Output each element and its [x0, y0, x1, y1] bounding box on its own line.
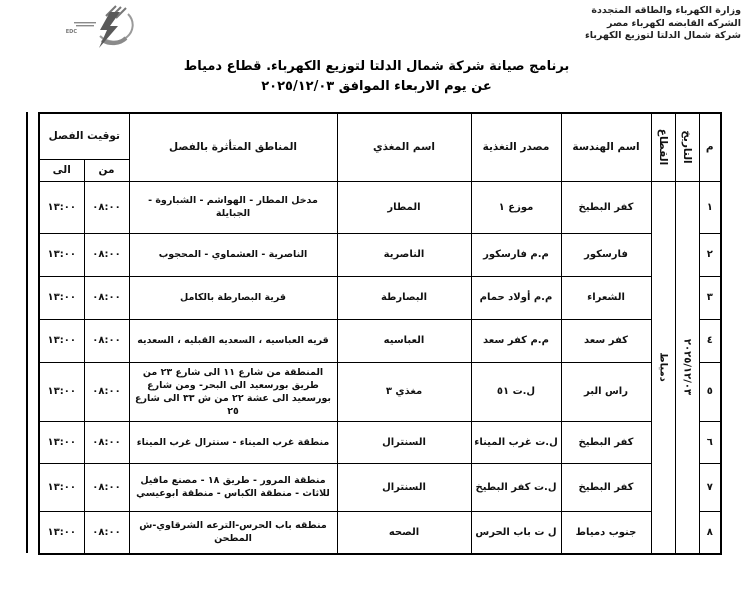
areas-cell: منطقة المرور - طريق ١٨ - مصنع مافيل للاث… [129, 463, 337, 511]
areas-cell: المنطقة من شارع ١١ الى شارع ٢٣ من طريق ب… [129, 362, 337, 421]
feeder-cell: السنترال [337, 463, 471, 511]
to-time-cell: ١٣:٠٠ [39, 421, 84, 463]
from-time-cell: ٠٨:٠٠ [84, 421, 129, 463]
row-number: ٨ [699, 511, 721, 554]
from-time-cell: ٠٨:٠٠ [84, 463, 129, 511]
table-row: ١٢٠٢٥/١٢/٠٣دمياطكفر البطيخموزع ١المطارمد… [39, 181, 721, 233]
row-number: ٣ [699, 276, 721, 319]
areas-cell: قريه العباسيه ، السعديه القبليه ، السعدي… [129, 319, 337, 362]
table-row: ٥راس البرل.ت ٥١مغذي ٣المنطقة من شارع ١١ … [39, 362, 721, 421]
feeder-cell: البصارطة [337, 276, 471, 319]
feeder-cell: الصحه [337, 511, 471, 554]
logo-text: NDEDC [66, 29, 77, 35]
source-cell: موزع ١ [471, 181, 561, 233]
header-from: من [84, 159, 129, 181]
header-date: التاريخ [675, 113, 699, 181]
to-time-cell: ١٣:٠٠ [39, 463, 84, 511]
logo-graphic: NDEDC [66, 4, 152, 54]
row-number: ٧ [699, 463, 721, 511]
title-block: برنامج صيانة شركة شمال الدلتا لتوزيع الك… [0, 57, 753, 97]
table-row: ٧كفر البطيخل.ت كفر البطيخالسنترالمنطقة ا… [39, 463, 721, 511]
from-time-cell: ٠٨:٠٠ [84, 511, 129, 554]
areas-cell: منطقه باب الحرس-الترعه الشرقاوي-ش المطحن [129, 511, 337, 554]
to-time-cell: ١٣:٠٠ [39, 181, 84, 233]
from-time-cell: ٠٨:٠٠ [84, 181, 129, 233]
header-row-top: م التاريخ القطاع اسم الهندسة مصدر التغذي… [39, 113, 721, 159]
header-timing: توقيت الفصل [39, 113, 129, 159]
header-source: مصدر التغذية [471, 113, 561, 181]
to-time-cell: ١٣:٠٠ [39, 511, 84, 554]
source-cell: م.م أولاد حمام [471, 276, 561, 319]
source-cell: م.م فارسكور [471, 233, 561, 276]
header-num: م [699, 113, 721, 181]
table-right-double-border [26, 112, 28, 553]
engineering-cell: كفر البطيخ [561, 181, 651, 233]
from-time-cell: ٠٨:٠٠ [84, 362, 129, 421]
table-body: ١٢٠٢٥/١٢/٠٣دمياطكفر البطيخموزع ١المطارمد… [39, 181, 721, 554]
org-line-company: شركة شمال الدلتا لتوزيع الكهرباء [585, 30, 741, 43]
maintenance-table: م التاريخ القطاع اسم الهندسة مصدر التغذي… [38, 112, 722, 555]
table-row: ٦كفر البطيخل.ت غرب الميناءالسنترالمنطقة … [39, 421, 721, 463]
to-time-cell: ١٣:٠٠ [39, 276, 84, 319]
header-feeder: اسم المغذي [337, 113, 471, 181]
row-number: ٢ [699, 233, 721, 276]
document-title-line1: برنامج صيانة شركة شمال الدلتا لتوزيع الك… [0, 57, 753, 77]
to-time-cell: ١٣:٠٠ [39, 233, 84, 276]
source-cell: ل.ت كفر البطيخ [471, 463, 561, 511]
company-logo: NDEDC [66, 4, 152, 54]
engineering-cell: كفر البطيخ [561, 421, 651, 463]
engineering-cell: كفر البطيخ [561, 463, 651, 511]
table-row: ٨جنوب دمياطل ت باب الحرسالصحهمنطقه باب ا… [39, 511, 721, 554]
sector-cell: دمياط [651, 181, 675, 554]
from-time-cell: ٠٨:٠٠ [84, 319, 129, 362]
row-number: ١ [699, 181, 721, 233]
table-row: ٣الشعراءم.م أولاد حمامالبصارطةقرية البصا… [39, 276, 721, 319]
engineering-cell: كفر سعد [561, 319, 651, 362]
header-sector: القطاع [651, 113, 675, 181]
to-time-cell: ١٣:٠٠ [39, 319, 84, 362]
table-row: ٤كفر سعدم.م كفر سعدالعباسيهقريه العباسيه… [39, 319, 721, 362]
feeder-cell: مغذي ٣ [337, 362, 471, 421]
engineering-cell: الشعراء [561, 276, 651, 319]
source-cell: ل.ت غرب الميناء [471, 421, 561, 463]
engineering-cell: جنوب دمياط [561, 511, 651, 554]
row-number: ٦ [699, 421, 721, 463]
feeder-cell: الناصرية [337, 233, 471, 276]
source-cell: ل.ت ٥١ [471, 362, 561, 421]
header-to: الى [39, 159, 84, 181]
source-cell: ل ت باب الحرس [471, 511, 561, 554]
engineering-cell: فارسكور [561, 233, 651, 276]
row-number: ٤ [699, 319, 721, 362]
engineering-cell: راس البر [561, 362, 651, 421]
feeder-cell: السنترال [337, 421, 471, 463]
to-time-cell: ١٣:٠٠ [39, 362, 84, 421]
header-engineering: اسم الهندسة [561, 113, 651, 181]
from-time-cell: ٠٨:٠٠ [84, 276, 129, 319]
feeder-cell: المطار [337, 181, 471, 233]
document-title-line2: عن يوم الاربعاء الموافق ٢٠٢٥/١٢/٠٣ [0, 77, 753, 97]
org-line-holding: الشركه القابضه لكهرباء مصر [585, 18, 741, 31]
feeder-cell: العباسيه [337, 319, 471, 362]
date-cell: ٢٠٢٥/١٢/٠٣ [675, 181, 699, 554]
header-areas: المناطق المتأثرة بالفصل [129, 113, 337, 181]
areas-cell: قرية البصارطة بالكامل [129, 276, 337, 319]
source-cell: م.م كفر سعد [471, 319, 561, 362]
row-number: ٥ [699, 362, 721, 421]
page: { "org": { "lines": [ "وزارة الكهرباء وا… [0, 0, 753, 594]
areas-cell: مدخل المطار - الهواشم - الشباروة - الجبا… [129, 181, 337, 233]
org-header: وزارة الكهرباء والطاقه المتجددة الشركه ا… [585, 5, 741, 43]
from-time-cell: ٠٨:٠٠ [84, 233, 129, 276]
table-wrapper: م التاريخ القطاع اسم الهندسة مصدر التغذي… [38, 112, 722, 555]
org-line-ministry: وزارة الكهرباء والطاقه المتجددة [585, 5, 741, 18]
areas-cell: منطقة غرب الميناء - سنترال غرب الميناء [129, 421, 337, 463]
areas-cell: الناصرية - العشماوي - المحجوب [129, 233, 337, 276]
table-row: ٢فارسكورم.م فارسكورالناصريةالناصرية - ال… [39, 233, 721, 276]
